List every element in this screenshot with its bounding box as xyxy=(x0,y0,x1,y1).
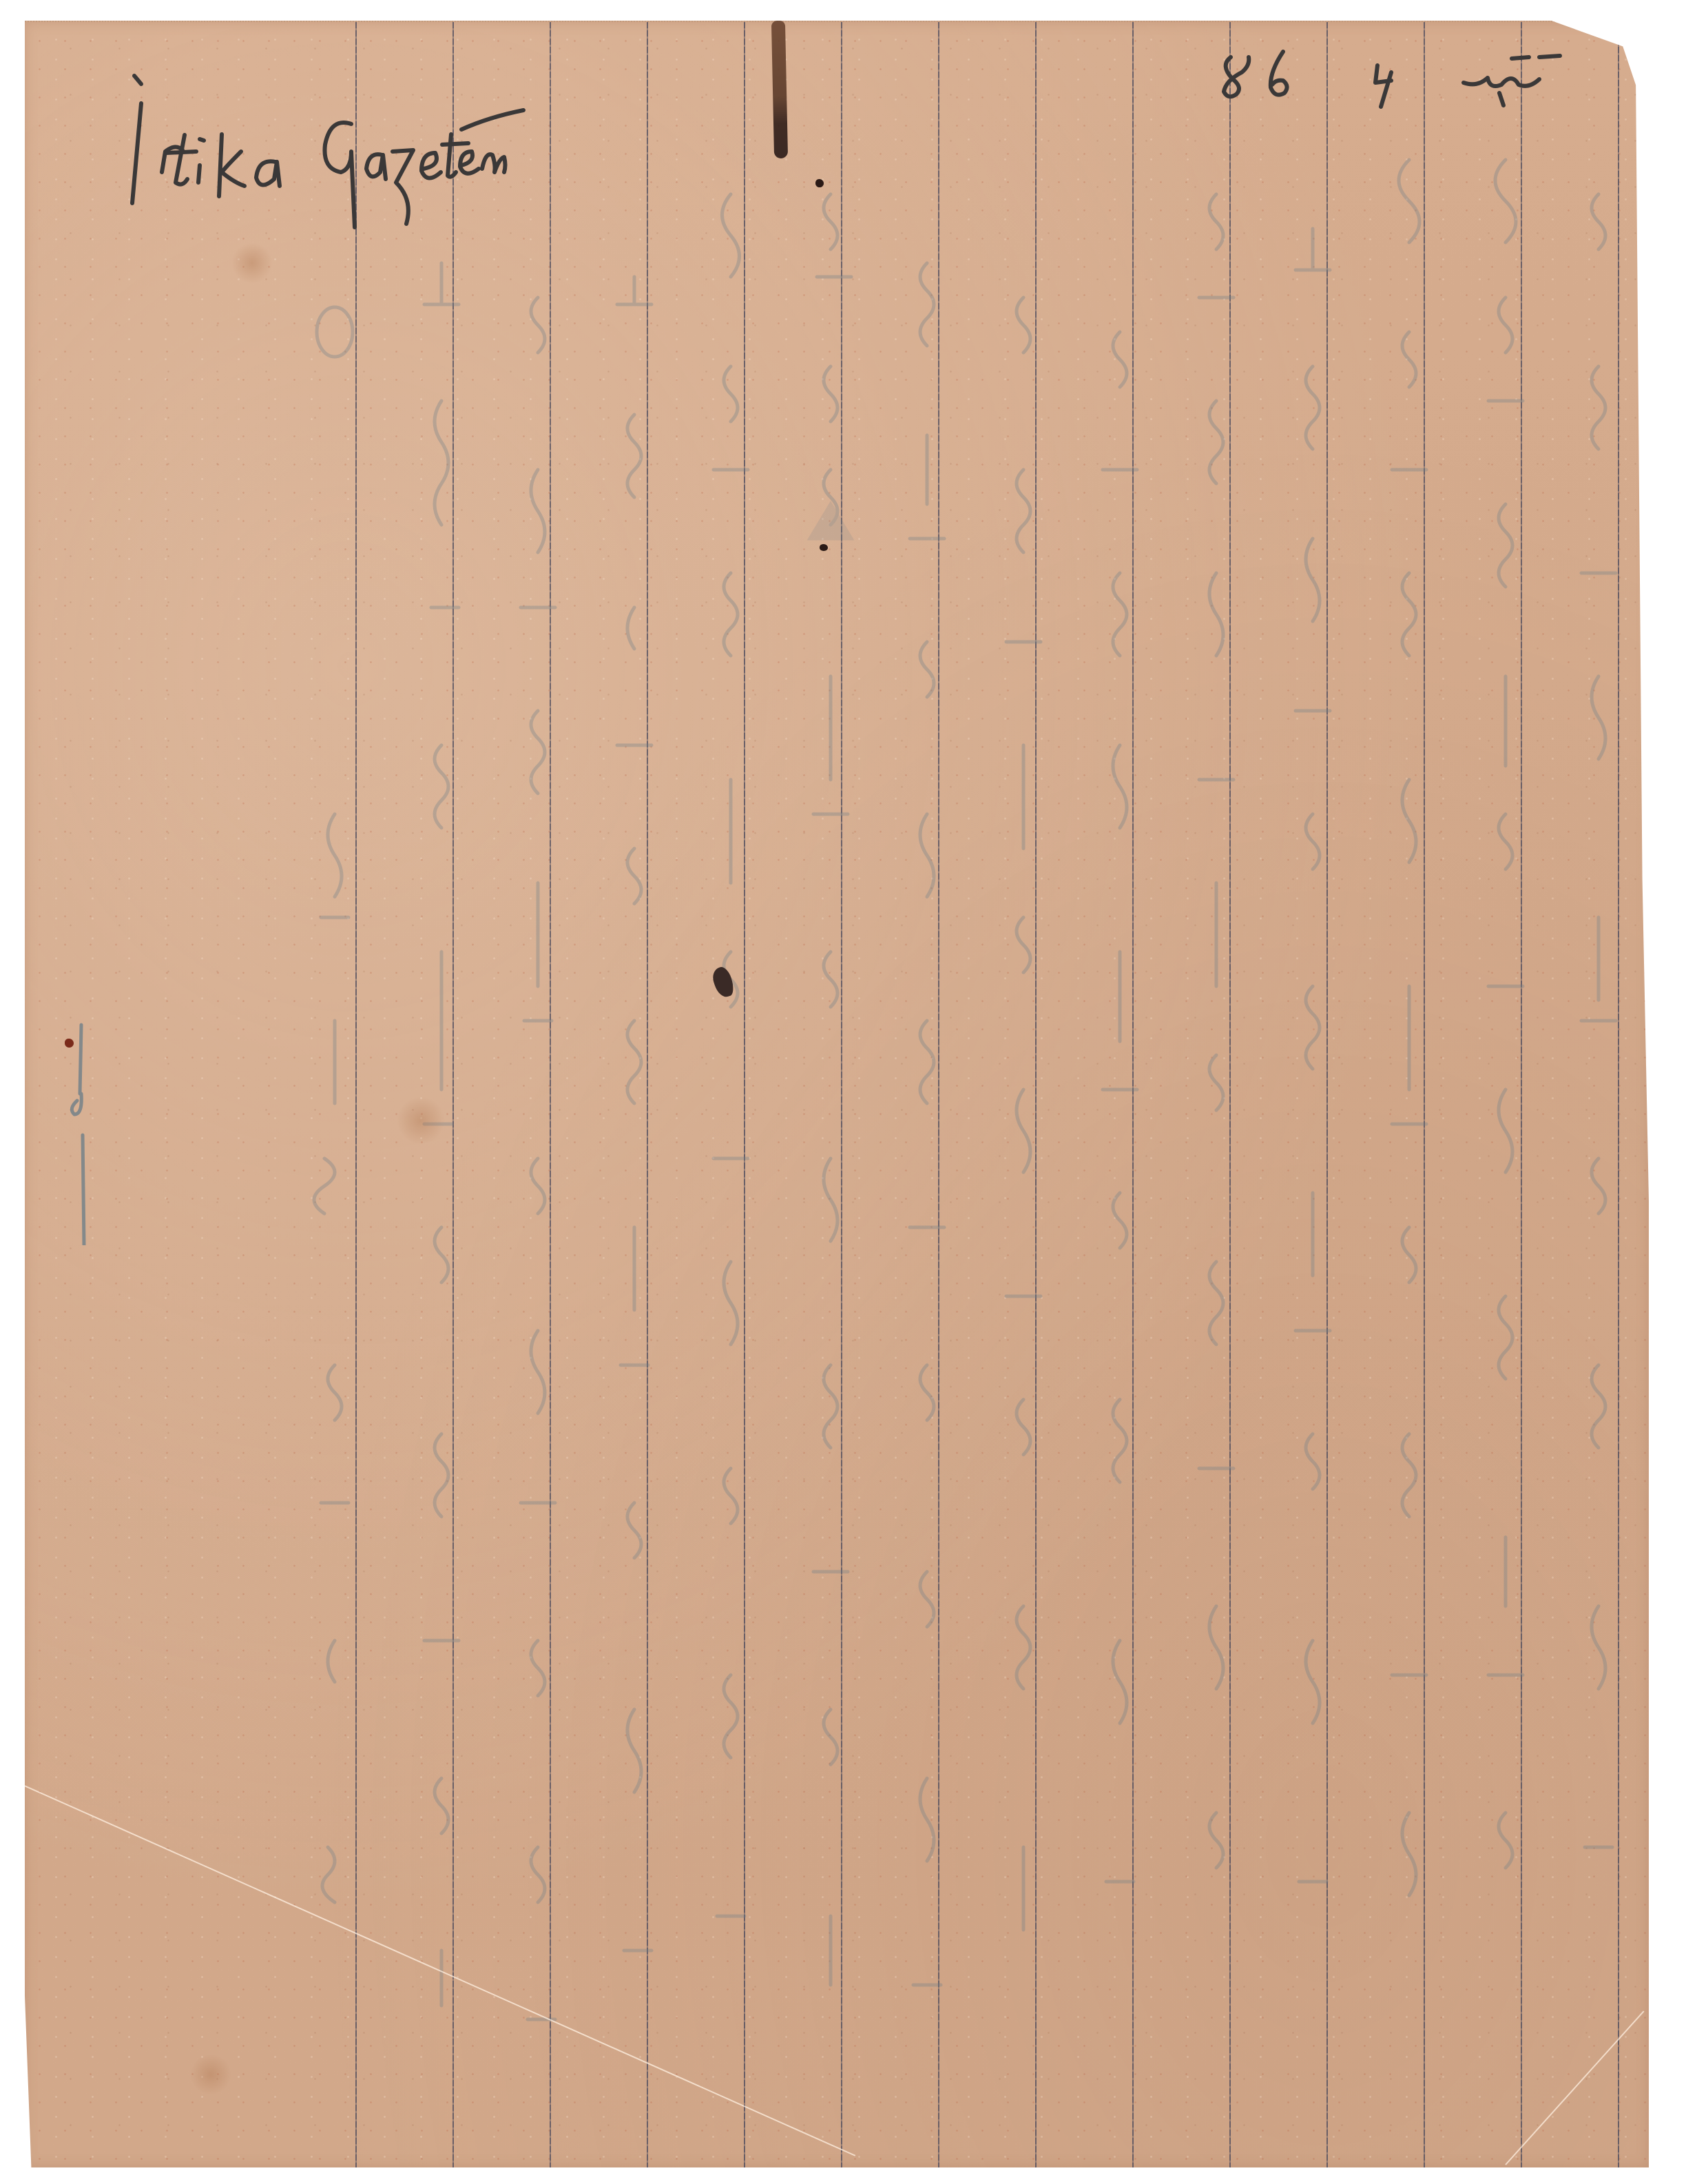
bleed-through-writing xyxy=(700,125,762,2123)
ink-dot xyxy=(820,544,828,551)
rule-line xyxy=(938,22,939,2167)
margin-mark-strokes xyxy=(65,1018,92,1245)
rule-line xyxy=(1035,22,1037,2167)
catalog-annotation: 86 4 تنظيم xyxy=(1216,45,1574,107)
bleed-through-writing xyxy=(893,125,961,2123)
bleed-through-writing xyxy=(307,125,362,2123)
title-handwriting-strokes xyxy=(103,69,627,207)
bleed-through-writing xyxy=(507,125,569,2123)
rule-line xyxy=(841,22,842,2167)
bleed-through-writing xyxy=(1568,125,1630,2123)
rule-line xyxy=(1326,22,1328,2167)
bleed-through-writing xyxy=(1182,125,1251,2123)
ink-pen-stroke xyxy=(771,21,788,158)
rule-line xyxy=(1132,22,1134,2167)
fold-crease xyxy=(1505,2010,1644,2165)
document-page xyxy=(25,21,1649,2167)
handwritten-title: İrtika Gazetesi xyxy=(103,69,627,207)
paper-stain xyxy=(231,242,273,284)
rule-line xyxy=(355,22,357,2167)
rule-line xyxy=(550,22,551,2167)
rule-line xyxy=(452,22,454,2167)
rule-line xyxy=(1618,22,1619,2167)
bleed-through-writing xyxy=(603,125,665,2123)
margin-annotation: —ع— xyxy=(65,1018,92,1245)
rule-line xyxy=(744,22,745,2167)
bleed-through-writing xyxy=(1375,125,1444,2123)
bleed-through-writing xyxy=(1278,125,1347,2123)
paper-stain xyxy=(190,2054,231,2095)
ink-dot xyxy=(815,179,824,187)
rule-line xyxy=(1229,22,1231,2167)
fold-crease xyxy=(25,1785,856,2156)
bleed-through-writing xyxy=(1471,125,1540,2123)
rule-line xyxy=(1424,22,1425,2167)
paper-texture xyxy=(25,22,1649,2167)
rule-line xyxy=(647,22,648,2167)
catalog-handwriting-strokes xyxy=(1216,45,1574,107)
bleed-through-writing xyxy=(796,125,865,2123)
bleed-through-writing xyxy=(989,125,1058,2123)
rule-line xyxy=(1521,22,1522,2167)
ink-spot xyxy=(65,1039,74,1048)
bleed-through-writing xyxy=(1085,125,1154,2123)
paper-stain xyxy=(397,1096,445,1145)
